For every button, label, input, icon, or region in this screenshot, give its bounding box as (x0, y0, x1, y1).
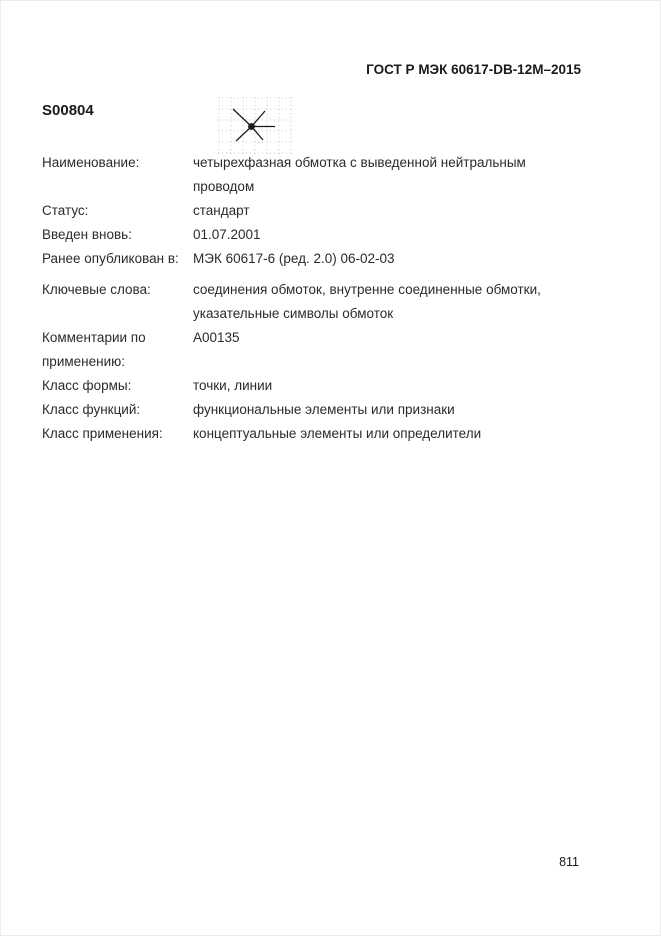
winding-center-dot (248, 123, 255, 130)
field-value: МЭК 60617-6 (ред. 2.0) 06-02-03 (193, 247, 395, 271)
field-row-previously-published: Ранее опубликован в: МЭК 60617-6 (ред. 2… (42, 247, 541, 271)
field-label: Ключевые слова: (42, 278, 193, 326)
field-label-line: Ключевые слова: (42, 278, 193, 302)
field-value: соединения обмоток, внутренне соединенны… (193, 278, 541, 326)
field-label-line: применению: (42, 350, 193, 374)
field-label-line: Наименование: (42, 151, 193, 175)
field-label-line: Класс функций: (42, 398, 193, 422)
field-value-line: точки, линии (193, 374, 272, 398)
field-value-line: проводом (193, 175, 526, 199)
field-row-application-class: Класс применения: концептуальные элемент… (42, 422, 541, 446)
field-value-line: 01.07.2001 (193, 223, 261, 247)
field-value-line: указательные символы обмоток (193, 302, 541, 326)
winding-symbol-figure (218, 97, 292, 154)
field-value: стандарт (193, 199, 250, 223)
field-label-line: Класс применения: (42, 422, 193, 446)
field-value: 01.07.2001 (193, 223, 261, 247)
field-value-line: функциональные элементы или признаки (193, 398, 455, 422)
field-row-function-class: Класс функций: функциональные элементы и… (42, 398, 541, 422)
field-row-keywords: Ключевые слова: соединения обмоток, внут… (42, 278, 541, 326)
field-label: Класс применения: (42, 422, 193, 446)
field-value-line: концептуальные элементы или определители (193, 422, 481, 446)
field-label: Комментарии по применению: (42, 326, 193, 374)
field-value: четырехфазная обмотка с выведенной нейтр… (193, 151, 526, 199)
page-number: 811 (559, 855, 579, 869)
field-row-reintroduced: Введен вновь: 01.07.2001 (42, 223, 541, 247)
field-label: Статус: (42, 199, 193, 223)
symbol-grid (218, 97, 292, 154)
field-row-application-comments: Комментарии по применению: A00135 (42, 326, 541, 374)
field-value: концептуальные элементы или определители (193, 422, 481, 446)
field-label-line: Класс формы: (42, 374, 193, 398)
field-label: Класс функций: (42, 398, 193, 422)
field-value-line: МЭК 60617-6 (ред. 2.0) 06-02-03 (193, 247, 395, 271)
field-label-line: Ранее опубликован в: (42, 247, 193, 271)
field-label-line: Статус: (42, 199, 193, 223)
field-value-line: стандарт (193, 199, 250, 223)
field-row-name: Наименование: четырехфазная обмотка с вы… (42, 151, 541, 199)
field-label-line: Введен вновь: (42, 223, 193, 247)
field-row-shape-class: Класс формы: точки, линии (42, 374, 541, 398)
field-value: A00135 (193, 326, 240, 374)
field-label: Класс формы: (42, 374, 193, 398)
field-value: точки, линии (193, 374, 272, 398)
field-value: функциональные элементы или признаки (193, 398, 455, 422)
field-value-line: соединения обмоток, внутренне соединенны… (193, 278, 541, 302)
entry-id: S00804 (42, 102, 94, 119)
field-row-status: Статус: стандарт (42, 199, 541, 223)
field-label: Ранее опубликован в: (42, 247, 193, 271)
field-label-line: Комментарии по (42, 326, 193, 350)
document-page: { "page": { "header": "ГОСТ Р МЭК 60617-… (0, 0, 661, 936)
field-label: Наименование: (42, 151, 193, 199)
field-label: Введен вновь: (42, 223, 193, 247)
field-value-line: A00135 (193, 326, 240, 350)
metadata-fields: Наименование: четырехфазная обмотка с вы… (42, 151, 541, 446)
field-value-line: четырехфазная обмотка с выведенной нейтр… (193, 151, 526, 175)
document-title: ГОСТ Р МЭК 60617-DB-12M–2015 (366, 62, 581, 77)
